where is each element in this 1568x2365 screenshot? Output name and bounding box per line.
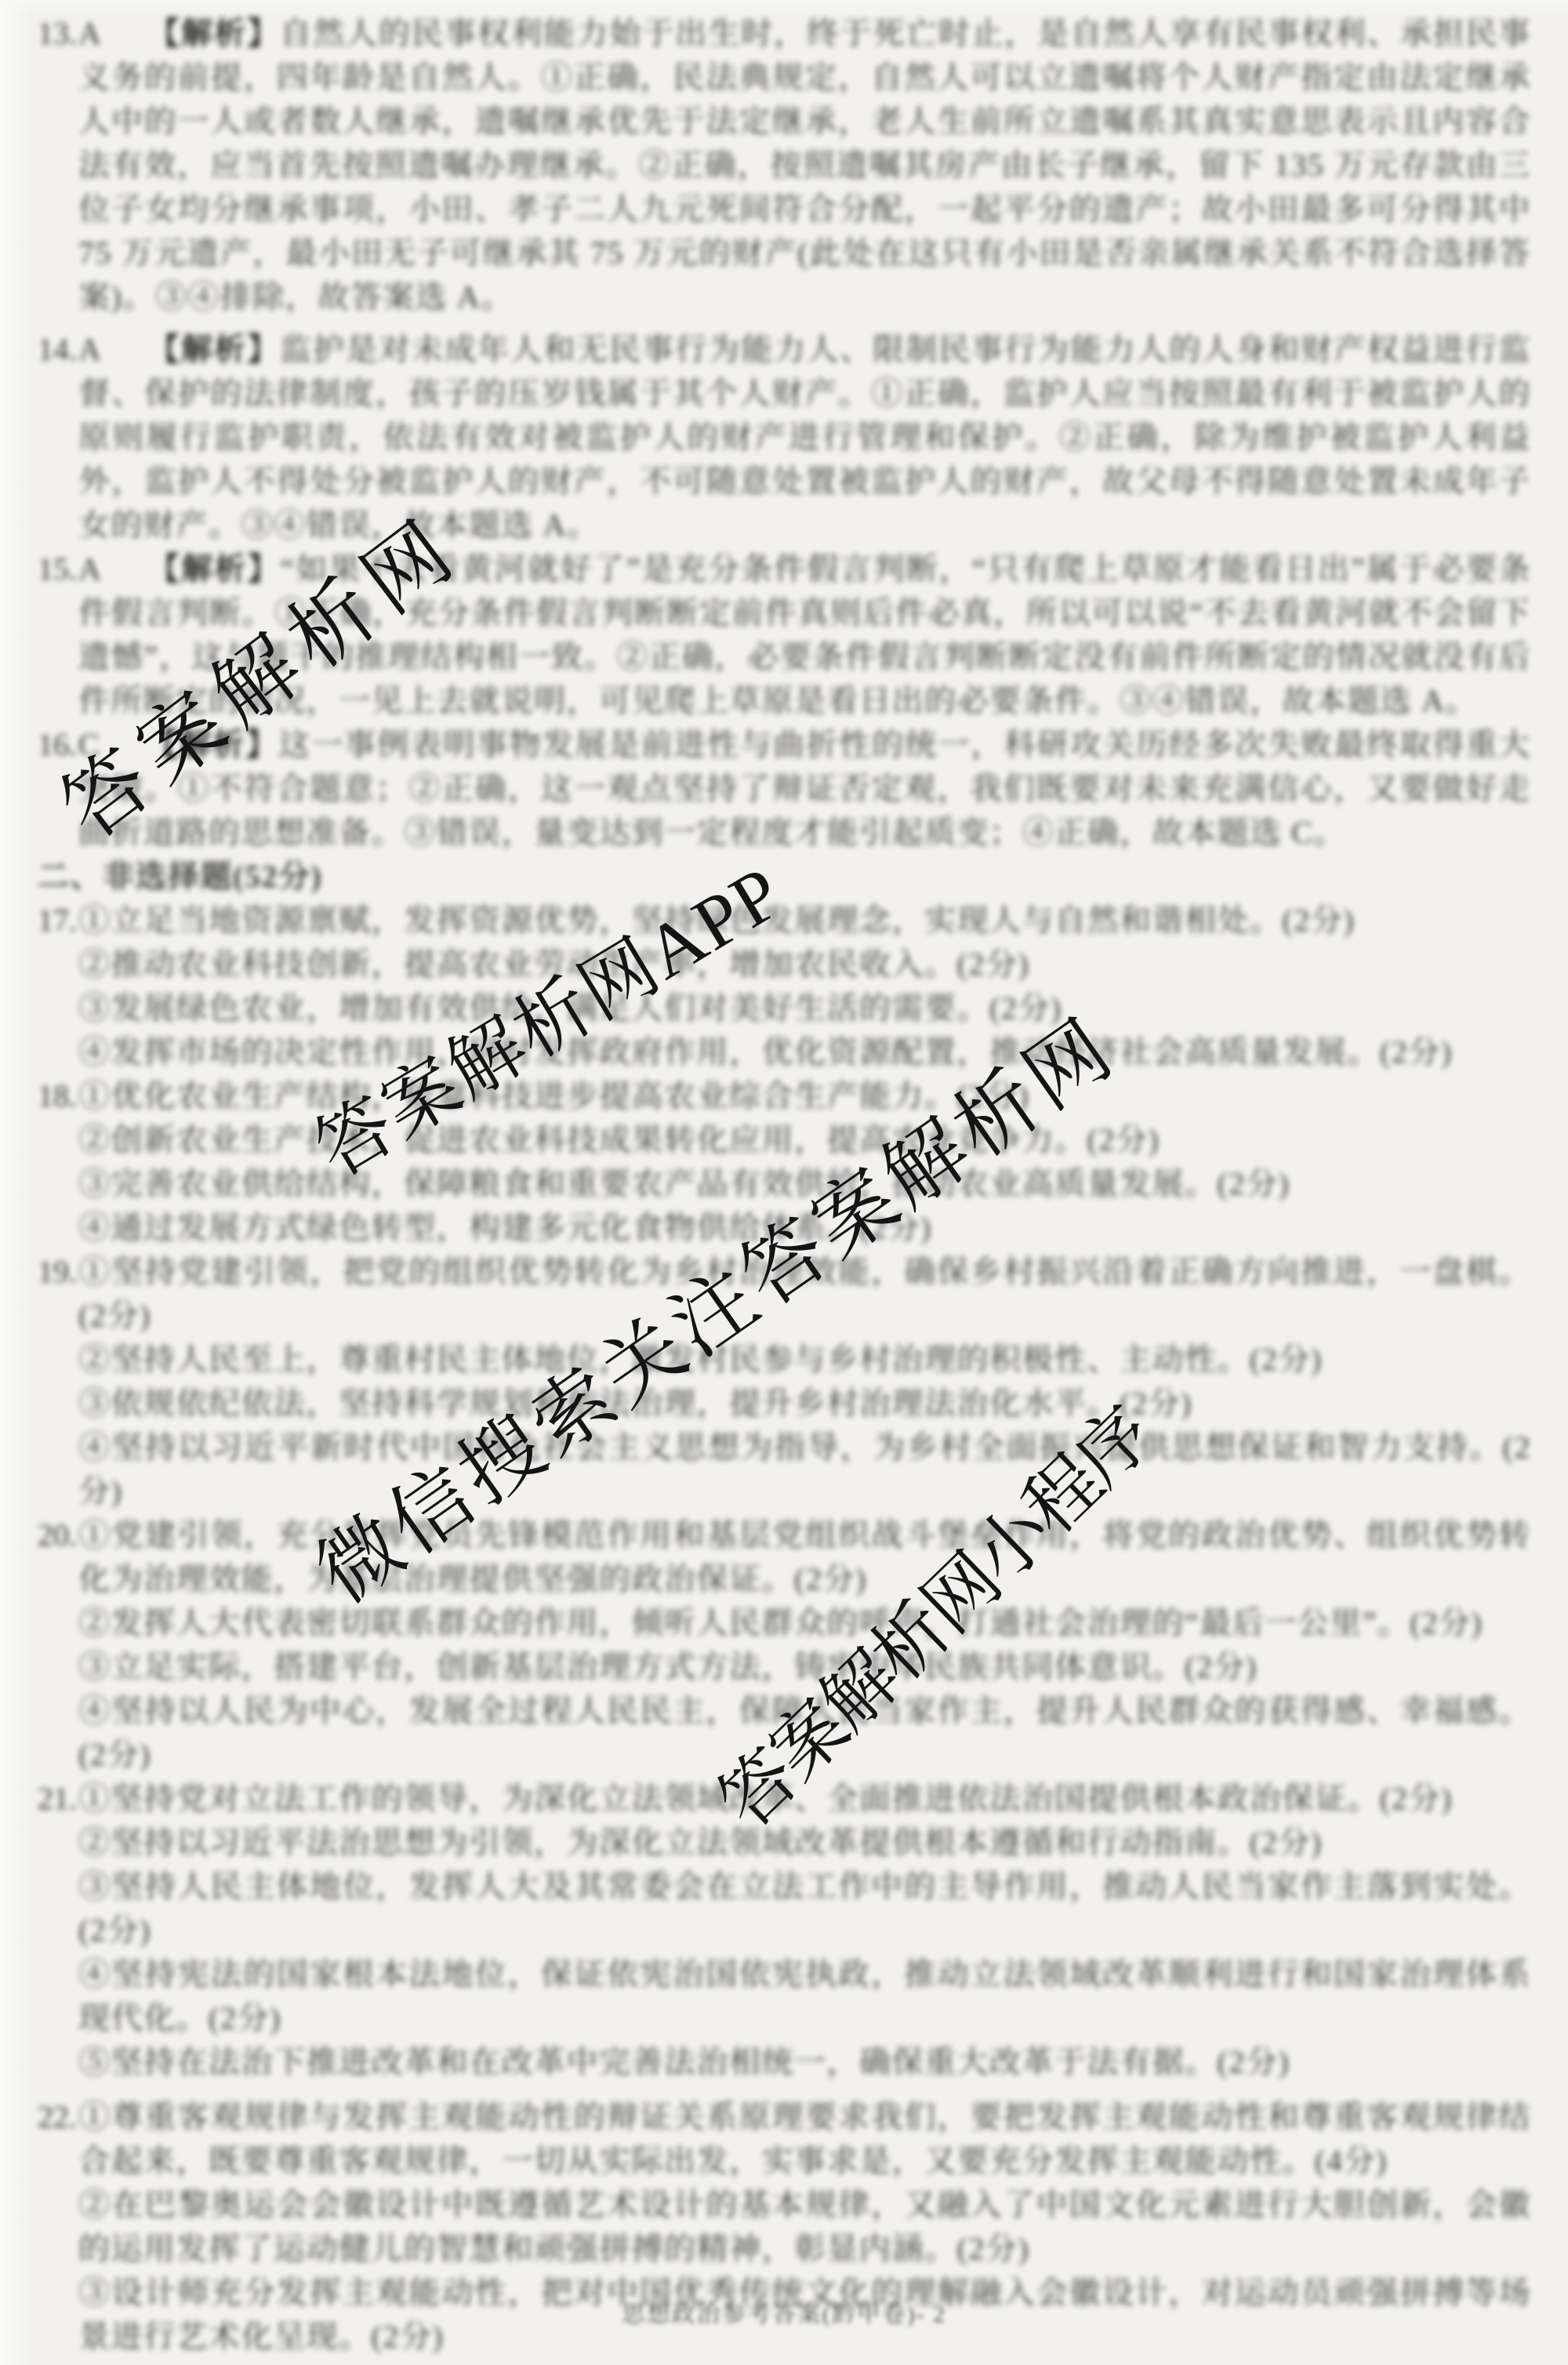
answer-letter: A [78, 16, 102, 51]
item-number: 13. [38, 12, 78, 56]
answer-point: ④坚持以习近平新时代中国特色社会主义思想为指导，为乡村全面振兴提供思想保证和智力… [78, 1426, 1531, 1513]
scanned-answer-sheet-page: 13. A【解析】自然人的民事权利能力始于出生时，终于死亡时止，是自然人享有民事… [0, 0, 1568, 2365]
item-content: A【解析】自然人的民事权利能力始于出生时，终于死亡时止，是自然人享有民事权利、承… [78, 12, 1531, 319]
page-footer: 思想政治参考答案(黔甲卷)- 2 [0, 2294, 1568, 2329]
item-content: ①坚持党对立法工作的领导，为深化立法领域改革、全面推进依法治国提供根本政治保证。… [78, 1777, 1531, 2084]
analysis-marker: 【解析】 [147, 16, 280, 51]
item-number: 21. [38, 1777, 78, 1821]
item-number: 20. [38, 1513, 78, 1557]
answer-letter: A [78, 332, 102, 367]
answer-point: ③发展绿色农业，增加有效供给，满足人们对美好生活的需要。(2分) [78, 986, 1531, 1030]
answer-point: ②坚持以习近平法治思想为引领，为深化立法领域改革提供根本遵循和行动指南。(2分) [78, 1821, 1531, 1865]
answer-point: ①立足当地资源禀赋，发挥资源优势，坚持绿色发展理念，实现人与自然和谐相处。(2分… [78, 899, 1531, 943]
analysis-text: 自然人的民事权利能力始于出生时，终于死亡时止，是自然人享有民事权利、承担民事义务… [78, 16, 1531, 314]
answer-letter: A [78, 551, 102, 587]
answer-point: ②在巴黎奥运会会徽设计中既遵循艺术设计的基本规律，又融入了中国文化元素进行大胆创… [78, 2183, 1531, 2271]
answer-point: ②发挥人大代表密切联系群众的作用，倾听人民群众的呼声，打通社会治理的“最后一公里… [78, 1601, 1531, 1645]
item-content: C【解析】这一事例表明事物发展是前进性与曲折性的统一，科研攻关历经多次失败最终取… [78, 723, 1531, 855]
answer-point: ②推动农业科技创新，提高农业劳动生产率，增加农民收入。(2分) [78, 943, 1531, 986]
mcq-item-13: 13. A【解析】自然人的民事权利能力始于出生时，终于死亡时止，是自然人享有民事… [38, 12, 1531, 319]
analysis-text: 监护是对未成年人和无民事行为能力人、限制民事行为能力人的人身和财产权益进行监督、… [78, 332, 1531, 543]
answer-point: ⑤坚持在法治下推进改革和在改革中完善法治相统一，确保重大改革于法有据。(2分) [78, 2040, 1531, 2084]
answer-point: ②创新农业生产技术，促进农业科技成果转化应用，提高农业竞争力。(2分) [78, 1118, 1531, 1162]
answer-point: ③坚持人民主体地位，发挥人大及其常委会在立法工作中的主导作用，推动人民当家作主落… [78, 1865, 1531, 1953]
item-number: 18. [38, 1074, 78, 1118]
item-number: 14. [38, 328, 78, 372]
item-content: A【解析】监护是对未成年人和无民事行为能力人、限制民事行为能力人的人身和财产权益… [78, 328, 1531, 547]
answer-point: ④发挥市场的决定性作用，同时发挥政府作用，优化资源配置，推动经济社会高质量发展。… [78, 1030, 1531, 1074]
item-number: 19. [38, 1250, 78, 1294]
answer-point: ③依规依纪依法，坚持科学规划和依法治理，提升乡村治理法治化水平。(2分) [78, 1382, 1531, 1426]
mcq-item-14: 14. A【解析】监护是对未成年人和无民事行为能力人、限制民事行为能力人的人身和… [38, 328, 1531, 547]
section-heading: 二、非选择题(52分) [38, 855, 1531, 899]
answer-point: ①尊重客观规律与发挥主观能动性的辩证关系原理要求我们，要把发挥主观能动性和尊重客… [78, 2095, 1531, 2183]
item-number: 22. [38, 2095, 78, 2139]
analysis-text: 这一事例表明事物发展是前进性与曲折性的统一，科研攻关历经多次失败最终取得重大突破… [78, 727, 1531, 850]
analysis-marker: 【解析】 [147, 332, 280, 367]
answer-point: ②坚持人民至上，尊重村民主体地位，激发村民参与乡村治理的积极性、主动性。(2分) [78, 1338, 1531, 1382]
item-number: 17. [38, 899, 78, 943]
item-content: ①立足当地资源禀赋，发挥资源优势，坚持绿色发展理念，实现人与自然和谐相处。(2分… [78, 899, 1531, 1074]
item-number: 15. [38, 547, 78, 591]
answer-point: ④坚持宪法的国家根本法地位，保证依宪治国依宪执政，推动立法领域改革顺利进行和国家… [78, 1953, 1531, 2040]
analysis-marker: 【解析】 [147, 551, 280, 587]
